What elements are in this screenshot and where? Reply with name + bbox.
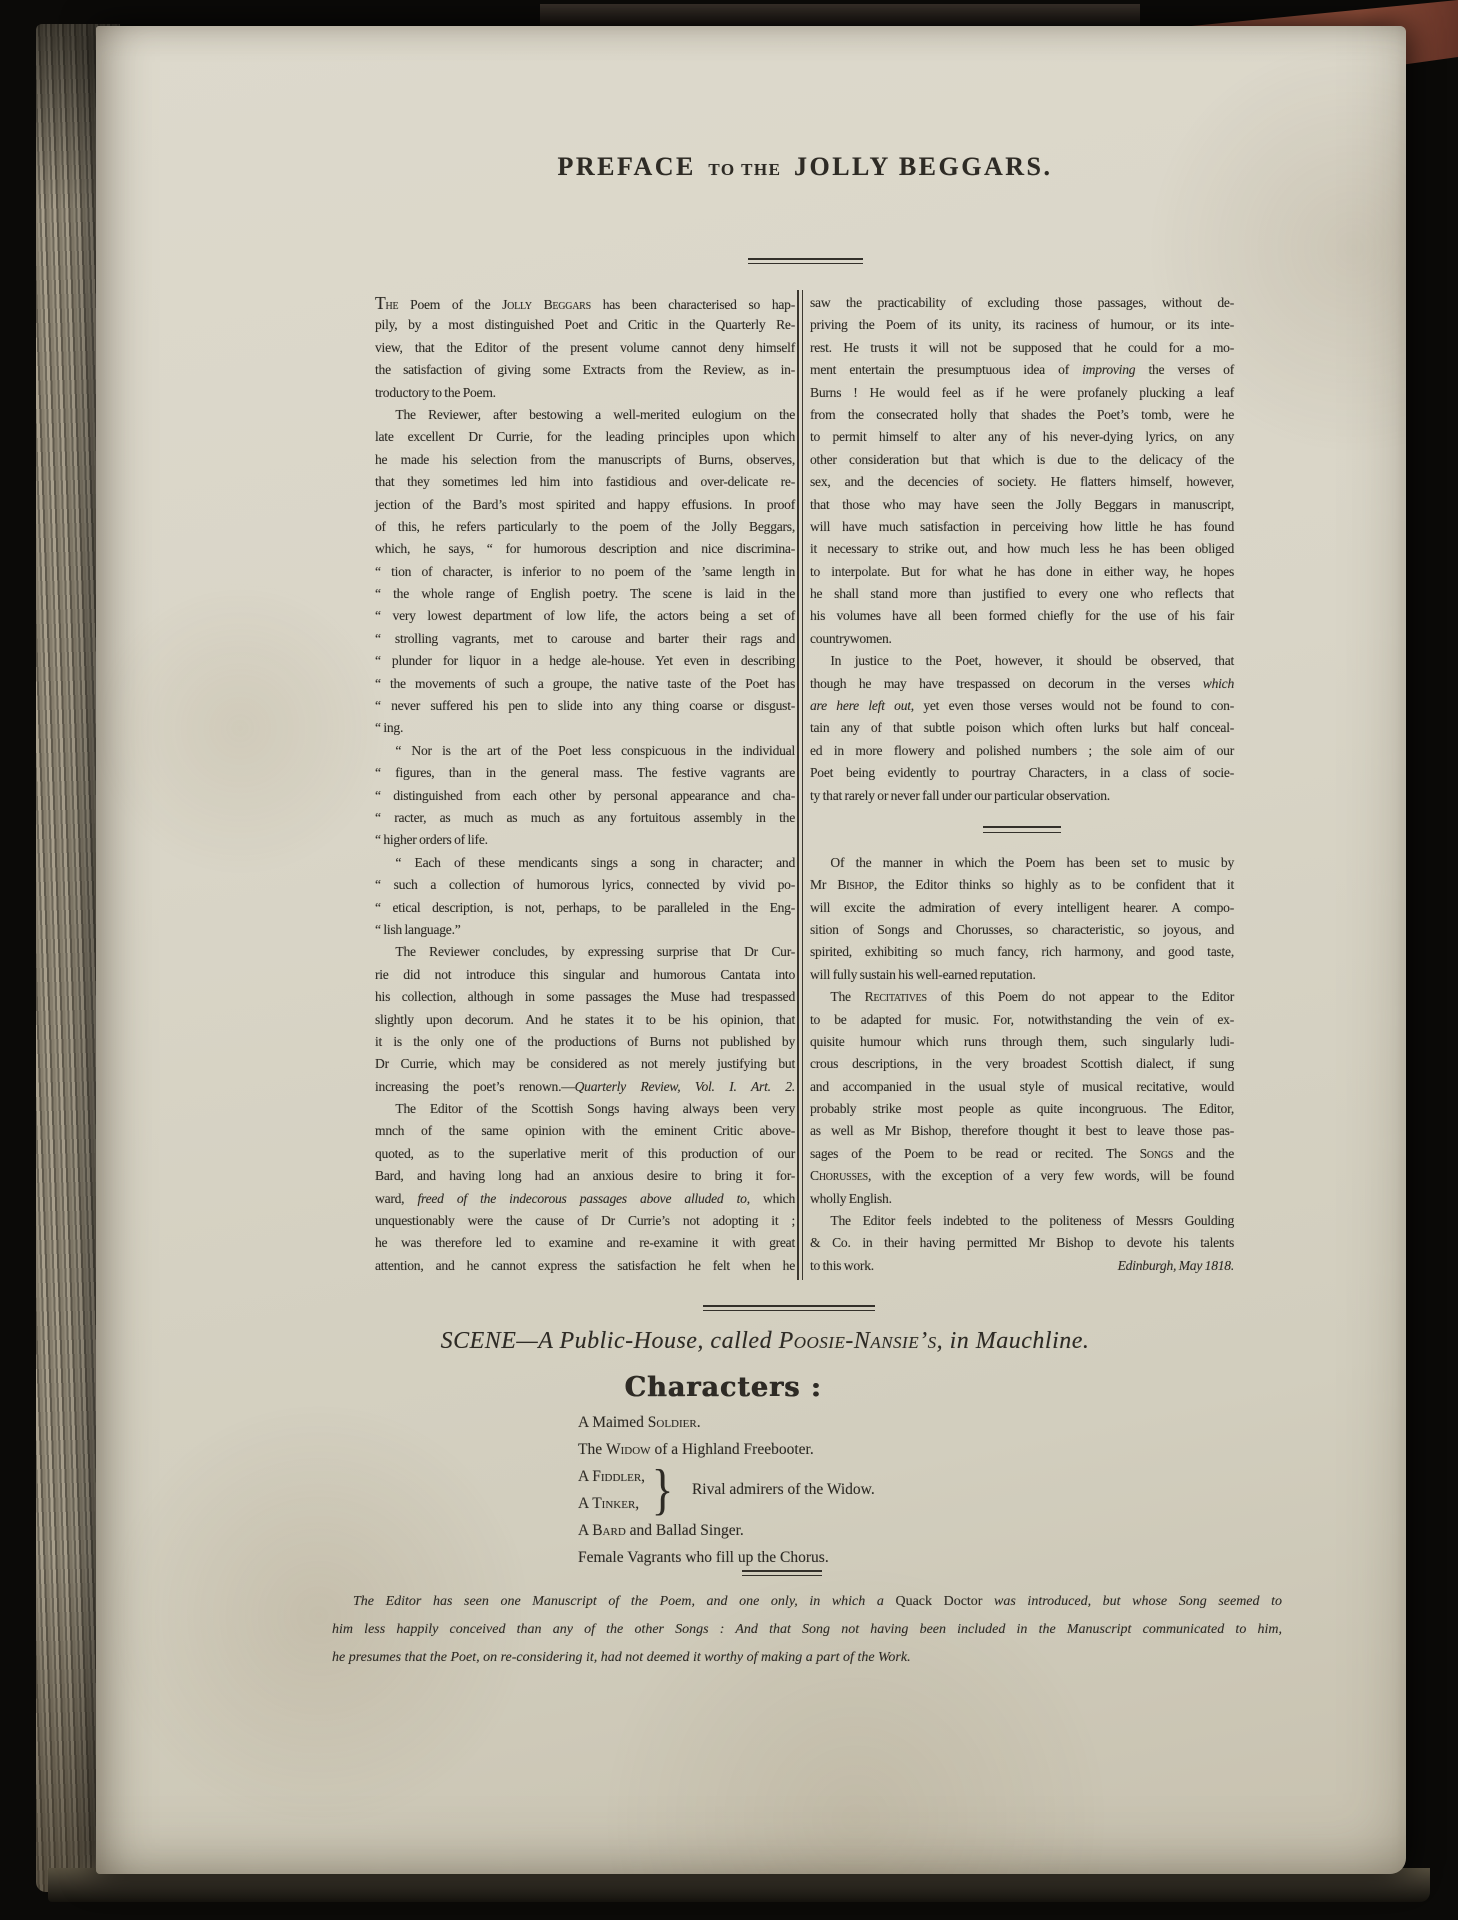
text-line: sages of the Poem to be read or recited.…: [810, 1143, 1234, 1165]
text-line: will fully sustain his well-earned reput…: [810, 964, 1234, 986]
text-run: The Editor has seen one Manuscript of th…: [353, 1594, 895, 1609]
text-run: .: [697, 1414, 701, 1431]
text-line: “ strolling vagrants, met to carouse and…: [375, 628, 795, 650]
text-run: , in Mauchline.: [937, 1328, 1090, 1354]
text-line: “ very lowest department of low life, th…: [375, 605, 795, 627]
text-line: jection of the Bard’s most spirited and …: [375, 494, 795, 516]
text-run: “ never suffered his pen to slide into a…: [375, 698, 795, 713]
text-run: view, that the Editor of the present vol…: [375, 340, 795, 355]
character-pair-label: Rival admirers of the Widow.: [678, 1481, 875, 1499]
text-run: Quarterly Review, Vol. I. Art. 2.: [575, 1079, 795, 1094]
text-line: to interpolate. But for what he has done…: [810, 561, 1234, 583]
text-run: of this Poem do not appear to the Editor: [927, 989, 1234, 1004]
text-run: countrywomen.: [810, 631, 892, 646]
text-line: “ racter, as much as much as any fortuit…: [375, 807, 795, 829]
text-run: and the: [1173, 1146, 1234, 1161]
title-word-preface: PREFACE: [558, 152, 696, 181]
text-run: jection of the Bard’s most spirited and …: [375, 497, 795, 512]
text-line: which, he says, “ for humorous descripti…: [375, 538, 795, 560]
text-run: improving: [1082, 362, 1135, 377]
text-run: his volumes have all been formed chiefly…: [810, 608, 1234, 623]
mid-column-divider-slot: [810, 807, 1234, 852]
footnote-divider-rule: [742, 1570, 822, 1576]
text-run: Tinker: [592, 1495, 635, 1512]
text-line: his collection, although in some passage…: [375, 986, 795, 1008]
text-line: sition of Songs and Chorusses, so charac…: [810, 919, 1234, 941]
text-run: “ Each of these mendicants sings a song …: [395, 855, 795, 870]
text-line: quisite humour which runs through them, …: [810, 1031, 1234, 1053]
text-run: A: [578, 1522, 592, 1539]
text-run: Fiddler: [592, 1468, 641, 1485]
text-line: “ plunder for liquor in a hedge ale-hous…: [375, 650, 795, 672]
text-line: Bard, and having long had an anxious des…: [375, 1165, 795, 1187]
text-line: ment entertain the presumptuous idea of …: [810, 359, 1234, 381]
text-line: other consideration but that which is du…: [810, 449, 1234, 471]
text-run: Bard: [592, 1522, 626, 1539]
text-run: to be adapted for music. For, notwithsta…: [810, 1012, 1234, 1027]
text-run: “ etical description, is not, perhaps, t…: [375, 900, 795, 915]
text-line: Burns ! He would feel as if he were prof…: [810, 382, 1234, 404]
mid-column-divider-rule: [983, 826, 1061, 832]
text-line: he was therefore led to examine and re-e…: [375, 1232, 795, 1254]
page-title: PREFACE TO THE JOLLY BEGGARS.: [375, 152, 1235, 182]
text-line: Poet being evidently to pourtray Charact…: [810, 762, 1234, 784]
text-run: Jolly Beggars: [502, 297, 591, 312]
text-run: The Reviewer concludes, by expressing su…: [395, 944, 795, 959]
text-line: countrywomen.: [810, 628, 1234, 650]
text-run: “ strolling vagrants, met to carouse and…: [375, 631, 795, 646]
text-run: troductory to the Poem.: [375, 385, 496, 400]
text-line: & Co. in their having permitted Mr Bisho…: [810, 1232, 1234, 1254]
text-line: rest. He trusts it will not be supposed …: [810, 337, 1234, 359]
text-run: Bard, and having long had an anxious des…: [375, 1168, 795, 1183]
text-line: In justice to the Poet, however, it shou…: [810, 650, 1234, 672]
section-divider-rule: [703, 1305, 875, 1311]
text-line: Mr Bishop, the Editor thinks so highly a…: [810, 874, 1234, 896]
text-line: The Reviewer, after bestowing a well-mer…: [375, 404, 795, 426]
text-run: sition of Songs and Chorusses, so charac…: [810, 922, 1234, 937]
text-line: slightly upon decorum. And he states it …: [375, 1009, 795, 1031]
text-run: Poet being evidently to pourtray Charact…: [810, 765, 1234, 780]
text-run: “ figures, than in the general mass. The…: [375, 765, 795, 780]
text-line: tain any of that subtle poison which oft…: [810, 717, 1234, 739]
text-line: ed in more flowery and polished numbers …: [810, 740, 1234, 762]
text-run: wholly English.: [810, 1191, 892, 1206]
text-line: pily, by a most distinguished Poet and C…: [375, 314, 795, 336]
text-column-left: The Poem of the Jolly Beggars has been c…: [375, 292, 795, 1277]
text-run: will have much satisfaction in perceivin…: [810, 519, 1234, 534]
characters-section: Characters : A Maimed Soldier. The Widow…: [578, 1372, 868, 1571]
text-run: sages of the Poem to be read or recited.…: [810, 1146, 1140, 1161]
text-run: will excite the admiration of every inte…: [810, 900, 1234, 915]
text-line: unquestionably were the cause of Dr Curr…: [375, 1210, 795, 1232]
text-run: that they sometimes led him into fastidi…: [375, 474, 795, 489]
editor-footnote: The Editor has seen one Manuscript of th…: [332, 1588, 1282, 1672]
text-run: “ Nor is the art of the Poet less conspi…: [395, 743, 795, 758]
character-item-bard: A Bard and Ballad Singer.: [578, 1517, 868, 1544]
text-line: it necessary to strike out, and how much…: [810, 538, 1234, 560]
character-pair-names: A Fiddler, A Tinker,: [578, 1463, 645, 1517]
text-run: ed in more flowery and polished numbers …: [810, 743, 1234, 758]
text-line: “ higher orders of life.: [375, 829, 795, 851]
text-run: ty that rarely or never fall under our p…: [810, 788, 1110, 803]
text-line: he shall stand more than justified to ev…: [810, 583, 1234, 605]
text-run: to interpolate. But for what he has done…: [810, 564, 1234, 579]
text-line: ty that rarely or never fall under our p…: [810, 785, 1234, 807]
text-line: The Reviewer concludes, by expressing su…: [375, 941, 795, 963]
text-run: are here left out: [810, 698, 911, 713]
text-run: rest. He trusts it will not be supposed …: [810, 340, 1234, 355]
text-run: mnch of the same opinion with the eminen…: [375, 1123, 795, 1138]
text-run: probably strike most people as quite inc…: [810, 1101, 1234, 1116]
text-run: ,: [641, 1468, 645, 1485]
text-run: saw the practicability of excluding thos…: [810, 295, 1234, 310]
text-run: The: [830, 989, 864, 1004]
title-word-jollybeggars: JOLLY BEGGARS.: [794, 152, 1052, 181]
text-run: Dr Currie, which may be considered as no…: [375, 1056, 795, 1071]
column-right-upper: saw the practicability of excluding thos…: [810, 292, 1234, 807]
text-run: & Co. in their having permitted Mr Bisho…: [810, 1235, 1234, 1250]
text-line: “ tion of character, is inferior to no p…: [375, 561, 795, 583]
text-run: increasing the poet’s renown.—: [375, 1079, 575, 1094]
text-run: Edinburgh, May 1818.: [1118, 1258, 1234, 1273]
text-run: he shall stand more than justified to ev…: [810, 586, 1234, 601]
text-run: Mr: [810, 877, 837, 892]
brace-glyph: }: [652, 1463, 674, 1517]
text-line: will excite the admiration of every inte…: [810, 897, 1234, 919]
text-run: the satisfaction of giving some Extracts…: [375, 362, 795, 377]
text-run: The: [578, 1441, 606, 1458]
text-run: Recitatives: [865, 989, 927, 1004]
text-run: him less happily conceived than any of t…: [332, 1622, 1282, 1637]
text-line: The Recitatives of this Poem do not appe…: [810, 986, 1234, 1008]
text-run: ment entertain the presumptuous idea of: [810, 362, 1082, 377]
text-run: though he may have trespassed on decorum…: [810, 676, 1203, 691]
text-line: mnch of the same opinion with the eminen…: [375, 1120, 795, 1142]
text-line: “ such a collection of humorous lyrics, …: [375, 874, 795, 896]
text-line: “ etical description, is not, perhaps, t…: [375, 897, 795, 919]
text-run: , with the exception of a very few words…: [868, 1168, 1234, 1183]
text-line: increasing the poet’s renown.—Quarterly …: [375, 1076, 795, 1098]
text-run: and accompanied in the usual style of mu…: [810, 1079, 1234, 1094]
text-line: “ the whole range of English poetry. The…: [375, 583, 795, 605]
text-line: from the consecrated holly that shades t…: [810, 404, 1234, 426]
text-line: view, that the Editor of the present vol…: [375, 337, 795, 359]
text-run: In justice to the Poet, however, it shou…: [830, 653, 1234, 668]
text-run: it necessary to strike out, and how much…: [810, 541, 1234, 556]
text-line: Chorusses, with the exception of a very …: [810, 1165, 1234, 1187]
text-run: “ lish language.”: [375, 922, 461, 937]
text-line: attention, and he cannot express the sat…: [375, 1255, 795, 1277]
text-run: sex, and the decencies of society. He fl…: [810, 474, 1234, 489]
text-line: and accompanied in the usual style of mu…: [810, 1076, 1234, 1098]
text-run: “ very lowest department of low life, th…: [375, 608, 795, 623]
text-line: to this work.Edinburgh, May 1818.: [810, 1255, 1234, 1277]
text-line: “ never suffered his pen to slide into a…: [375, 695, 795, 717]
text-run: quisite humour which runs through them, …: [810, 1034, 1234, 1049]
text-line: The Editor of the Scottish Songs having …: [375, 1098, 795, 1120]
text-run: “ the movements of such a groupe, the na…: [375, 676, 795, 691]
text-run: his collection, although in some passage…: [375, 989, 795, 1004]
text-line: ward, freed of the indecorous passages a…: [375, 1188, 795, 1210]
text-run: will fully sustain his well-earned reput…: [810, 967, 1036, 982]
text-run: slightly upon decorum. And he states it …: [375, 1012, 795, 1027]
text-run: , yet even those verses would not be fou…: [911, 698, 1234, 713]
text-run: A: [578, 1495, 592, 1512]
text-run: ward,: [375, 1191, 418, 1206]
text-run: A Maimed: [578, 1414, 648, 1431]
book-page: PREFACE TO THE JOLLY BEGGARS. The Poem o…: [96, 26, 1406, 1874]
title-word-tothe: TO THE: [702, 160, 787, 179]
text-line: to be adapted for music. For, notwithsta…: [810, 1009, 1234, 1031]
text-line: “ Each of these mendicants sings a song …: [375, 852, 795, 874]
text-line: Dr Currie, which may be considered as no…: [375, 1053, 795, 1075]
text-run: of this, he refers particularly to the p…: [375, 519, 795, 534]
text-line: as well as Mr Bishop, therefore thought …: [810, 1120, 1234, 1142]
text-run: Female Vagrants who fill up the Chorus.: [578, 1549, 829, 1566]
book-photograph: PREFACE TO THE JOLLY BEGGARS. The Poem o…: [0, 0, 1458, 1920]
text-run: quoted, as to the superlative merit of t…: [375, 1146, 795, 1161]
text-run: “ racter, as much as much as any fortuit…: [375, 810, 795, 825]
text-line: “ lish language.”: [375, 919, 795, 941]
character-item-widow: The Widow of a Highland Freebooter.: [578, 1436, 868, 1463]
text-line: to permit himself to alter any of his ne…: [810, 426, 1234, 448]
text-line: sex, and the decencies of society. He fl…: [810, 471, 1234, 493]
text-line: his volumes have all been formed chiefly…: [810, 605, 1234, 627]
text-line: “ figures, than in the general mass. The…: [375, 762, 795, 784]
text-line: Of the manner in which the Poem has been…: [810, 852, 1234, 874]
text-line: “ the movements of such a groupe, the na…: [375, 673, 795, 695]
text-run: priving the Poem of its unity, its racin…: [810, 317, 1234, 332]
text-run: tain any of that subtle poison which oft…: [810, 720, 1234, 735]
text-run: was introduced, but whose Song seemed to: [982, 1594, 1282, 1609]
text-run: “ such a collection of humorous lyrics, …: [375, 877, 795, 892]
text-run: which, he says, “ for humorous descripti…: [375, 541, 795, 556]
text-run: and Ballad Singer.: [626, 1522, 744, 1539]
text-run: The Reviewer, after bestowing a well-mer…: [395, 407, 795, 422]
text-run: “ ing.: [375, 720, 403, 735]
text-line: “ Nor is the art of the Poet less conspi…: [375, 740, 795, 762]
text-line: that those who may have seen the Jolly B…: [810, 494, 1234, 516]
text-line: him less happily conceived than any of t…: [332, 1616, 1282, 1644]
text-line: the satisfaction of giving some Extracts…: [375, 359, 795, 381]
text-run: Poosie-Nansie’s: [779, 1328, 937, 1354]
text-run: of a Highland Freebooter.: [651, 1441, 814, 1458]
text-run: pily, by a most distinguished Poet and C…: [375, 317, 795, 332]
text-run: spirited, exhibiting so much fancy, rich…: [810, 944, 1234, 959]
text-run: attention, and he cannot express the sat…: [375, 1258, 795, 1273]
text-line: are here left out, yet even those verses…: [810, 695, 1234, 717]
text-line: will have much satisfaction in perceivin…: [810, 516, 1234, 538]
text-run: “ tion of character, is inferior to no p…: [375, 564, 795, 579]
text-run: SCENE—A Public-House, called: [441, 1328, 779, 1354]
text-run: Songs: [1140, 1146, 1174, 1161]
text-line: late excellent Dr Currie, for the leadin…: [375, 426, 795, 448]
text-run: it is the only one of the productions of…: [375, 1034, 795, 1049]
text-run: he: [386, 297, 399, 312]
column-right-lower: Of the manner in which the Poem has been…: [810, 852, 1234, 1277]
text-run: to this work.: [810, 1255, 874, 1277]
text-line: troductory to the Poem.: [375, 382, 795, 404]
text-run: rie did not introduce this singular and …: [375, 967, 795, 982]
text-run: “ higher orders of life.: [375, 832, 488, 847]
text-run: that those who may have seen the Jolly B…: [810, 497, 1234, 512]
text-run: Quack Doctor: [895, 1594, 982, 1609]
text-run: unquestionably were the cause of Dr Curr…: [375, 1213, 795, 1228]
text-line: saw the practicability of excluding thos…: [810, 292, 1234, 314]
text-run: late excellent Dr Currie, for the leadin…: [375, 429, 795, 444]
character-item-fiddler: A Fiddler,: [578, 1463, 645, 1490]
text-run: Chorusses: [810, 1168, 868, 1183]
text-line: of this, he refers particularly to the p…: [375, 516, 795, 538]
text-line: he made his selection from the manuscrip…: [375, 449, 795, 471]
text-line: it is the only one of the productions of…: [375, 1031, 795, 1053]
text-line: The Poem of the Jolly Beggars has been c…: [375, 292, 795, 314]
text-line: The Editor has seen one Manuscript of th…: [332, 1588, 1282, 1616]
text-run: Rival admirers of the Widow.: [692, 1481, 875, 1498]
text-run: to this work.: [810, 1258, 874, 1273]
character-item-vagrants: Female Vagrants who fill up the Chorus.: [578, 1544, 868, 1571]
text-run: “ the whole range of English poetry. The…: [375, 586, 795, 601]
scene-line: SCENE—A Public-House, called Poosie-Nans…: [335, 1328, 1195, 1355]
text-line: wholly English.: [810, 1188, 1234, 1210]
text-line: he presumes that the Poet, on re-conside…: [332, 1644, 1282, 1672]
text-column-right: saw the practicability of excluding thos…: [810, 292, 1234, 1277]
text-run: from the consecrated holly that shades t…: [810, 407, 1234, 422]
text-line: The Editor feels indebted to the politen…: [810, 1210, 1234, 1232]
text-line: “ distinguished from each other by perso…: [375, 785, 795, 807]
character-item-soldier: A Maimed Soldier.: [578, 1409, 868, 1436]
text-run: , which: [747, 1191, 795, 1206]
text-line: priving the Poem of its unity, its racin…: [810, 314, 1234, 336]
text-run: he presumes that the Poet, on re-conside…: [332, 1650, 911, 1665]
text-run: to permit himself to alter any of his ne…: [810, 429, 1234, 444]
text-run: other consideration but that which is du…: [810, 452, 1234, 467]
text-run: Bishop: [837, 877, 873, 892]
text-run: the verses of: [1135, 362, 1234, 377]
text-line: rie did not introduce this singular and …: [375, 964, 795, 986]
character-pair: A Fiddler, A Tinker, } Rival admirers of…: [578, 1463, 868, 1517]
text-run: , the Editor thinks so highly as to be c…: [874, 877, 1234, 892]
text-run: which: [1203, 676, 1234, 691]
text-run: has been characterised so hap-: [591, 297, 795, 312]
text-run: Poem of the: [398, 297, 502, 312]
text-run: “ distinguished from each other by perso…: [375, 788, 795, 803]
characters-heading: Characters :: [578, 1372, 868, 1403]
character-item-tinker: A Tinker,: [578, 1490, 645, 1517]
text-run: Soldier: [648, 1414, 697, 1431]
text-run: Of the manner in which the Poem has been…: [830, 855, 1234, 870]
text-run: Edinburgh, May 1818.: [1118, 1255, 1234, 1277]
text-run: he made his selection from the manuscrip…: [375, 452, 795, 467]
text-run: as well as Mr Bishop, therefore thought …: [810, 1123, 1234, 1138]
text-line: quoted, as to the superlative merit of t…: [375, 1143, 795, 1165]
text-run: The Editor of the Scottish Songs having …: [395, 1101, 795, 1116]
text-line: crous descriptions, in the very broadest…: [810, 1053, 1234, 1075]
text-line: probably strike most people as quite inc…: [810, 1098, 1234, 1120]
column-divider-rule: [797, 290, 803, 1280]
text-run: “ plunder for liquor in a hedge ale-hous…: [375, 653, 795, 668]
text-run: T: [375, 297, 386, 312]
text-line: “ ing.: [375, 717, 795, 739]
text-line: though he may have trespassed on decorum…: [810, 673, 1234, 695]
text-run: Burns ! He would feel as if he were prof…: [810, 385, 1234, 400]
text-line: that they sometimes led him into fastidi…: [375, 471, 795, 493]
text-run: he was therefore led to examine and re-e…: [375, 1235, 795, 1250]
text-run: ,: [635, 1495, 639, 1512]
text-run: The Editor feels indebted to the politen…: [830, 1213, 1234, 1228]
text-run: Widow: [606, 1441, 651, 1458]
title-divider-rule: [748, 258, 863, 264]
text-run: A: [578, 1468, 592, 1485]
text-run: crous descriptions, in the very broadest…: [810, 1056, 1234, 1071]
text-line: spirited, exhibiting so much fancy, rich…: [810, 941, 1234, 963]
text-run: freed of the indecorous passages above a…: [418, 1191, 747, 1206]
